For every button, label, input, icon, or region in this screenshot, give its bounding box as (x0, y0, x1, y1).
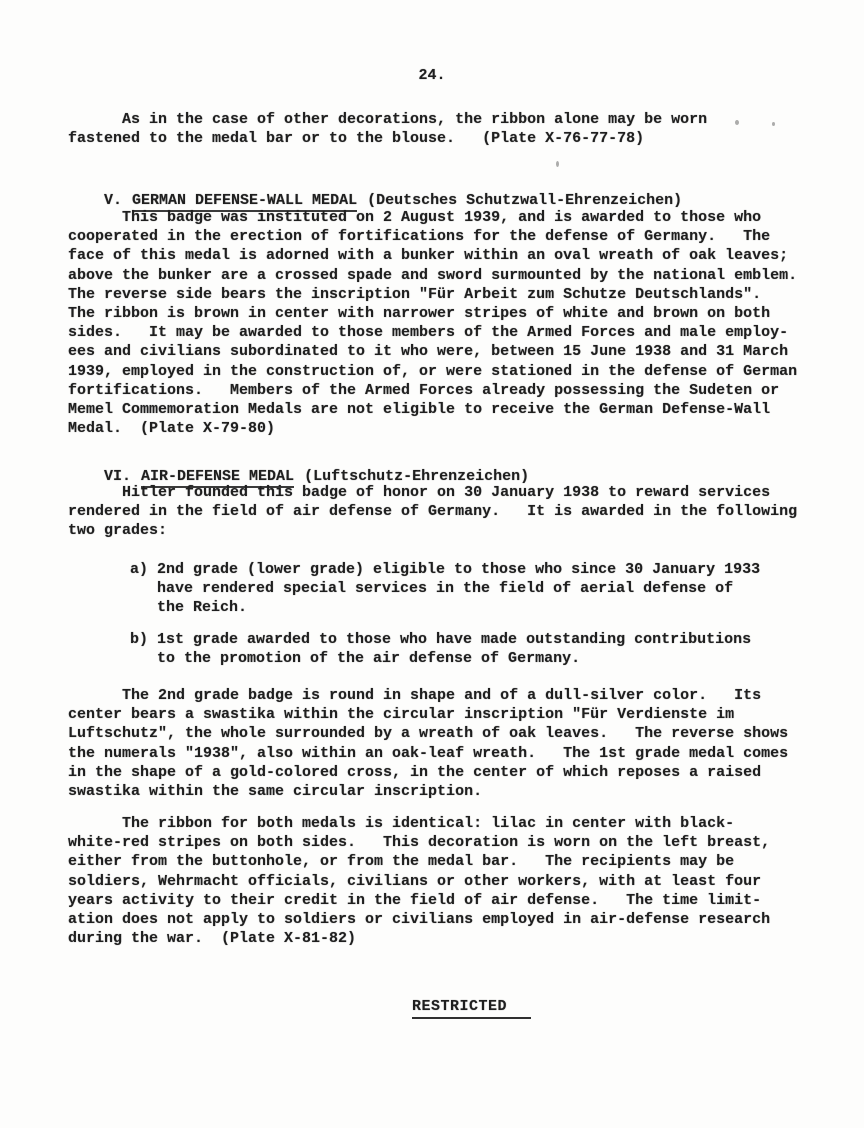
text-line: Luftschutz", the whole surrounded by a w… (68, 724, 834, 743)
text-line: the numerals "1938", also within an oak-… (68, 744, 834, 763)
text-line: This badge was instituted on 2 August 19… (68, 208, 834, 227)
text-line: rendered in the field of air defense of … (68, 502, 834, 521)
text-line: have rendered special services in the fi… (130, 579, 834, 598)
scan-artifact (556, 161, 559, 167)
text-line: soldiers, Wehrmacht officials, civilians… (68, 872, 834, 891)
section-number: V. (104, 192, 122, 209)
text-line: fastened to the medal bar or to the blou… (68, 129, 834, 148)
document-page: 24. As in the case of other decorations,… (0, 0, 864, 1128)
text-line: Medal. (Plate X-79-80) (68, 419, 834, 438)
text-line: face of this medal is adorned with a bun… (68, 246, 834, 265)
text-line: above the bunker are a crossed spade and… (68, 266, 834, 285)
ribbon-description-paragraph: The ribbon for both medals is identical:… (68, 814, 834, 948)
text-line: Hitler founded this badge of honor on 30… (68, 483, 834, 502)
text-line: The reverse side bears the inscription "… (68, 285, 834, 304)
badge-description-paragraph: The 2nd grade badge is round in shape an… (68, 686, 834, 801)
text-line: the Reich. (130, 598, 834, 617)
scan-artifact (735, 120, 739, 125)
text-line: a) 2nd grade (lower grade) eligible to t… (130, 560, 834, 579)
classification-label: RESTRICTED (412, 998, 531, 1019)
footer-classification: RESTRICTED (412, 997, 531, 1016)
page-number: 24. (0, 66, 864, 85)
scan-artifact (772, 122, 775, 126)
section-subtitle: (Deutsches Schutzwall-Ehrenzeichen) (367, 192, 682, 209)
text-line: swastika within the same circular inscri… (68, 782, 834, 801)
grade-item-a: a) 2nd grade (lower grade) eligible to t… (130, 560, 834, 618)
text-line: The ribbon for both medals is identical:… (68, 814, 834, 833)
text-line: fortifications. Members of the Armed For… (68, 381, 834, 400)
text-line: years activity to their credit in the fi… (68, 891, 834, 910)
text-line: As in the case of other decorations, the… (68, 110, 834, 129)
text-line: 1939, employed in the construction of, o… (68, 362, 834, 381)
text-line: b) 1st grade awarded to those who have m… (130, 630, 834, 649)
section-v-paragraph: This badge was instituted on 2 August 19… (68, 208, 834, 438)
section-vi-paragraph: Hitler founded this badge of honor on 30… (68, 483, 834, 541)
intro-paragraph: As in the case of other decorations, the… (68, 110, 834, 148)
text-line: in the shape of a gold-colored cross, in… (68, 763, 834, 782)
text-line: center bears a swastika within the circu… (68, 705, 834, 724)
text-line: white-red stripes on both sides. This de… (68, 833, 834, 852)
text-line: ation does not apply to soldiers or civi… (68, 910, 834, 929)
text-line: two grades: (68, 521, 834, 540)
text-line: either from the buttonhole, or from the … (68, 852, 834, 871)
text-line: ees and civilians subordinated to it who… (68, 342, 834, 361)
grade-item-b: b) 1st grade awarded to those who have m… (130, 630, 834, 668)
text-line: The ribbon is brown in center with narro… (68, 304, 834, 323)
text-line: during the war. (Plate X-81-82) (68, 929, 834, 948)
text-line: to the promotion of the air defense of G… (130, 649, 834, 668)
text-line: Memel Commemoration Medals are not eligi… (68, 400, 834, 419)
text-line: cooperated in the erection of fortificat… (68, 227, 834, 246)
text-line: The 2nd grade badge is round in shape an… (68, 686, 834, 705)
text-line: sides. It may be awarded to those member… (68, 323, 834, 342)
